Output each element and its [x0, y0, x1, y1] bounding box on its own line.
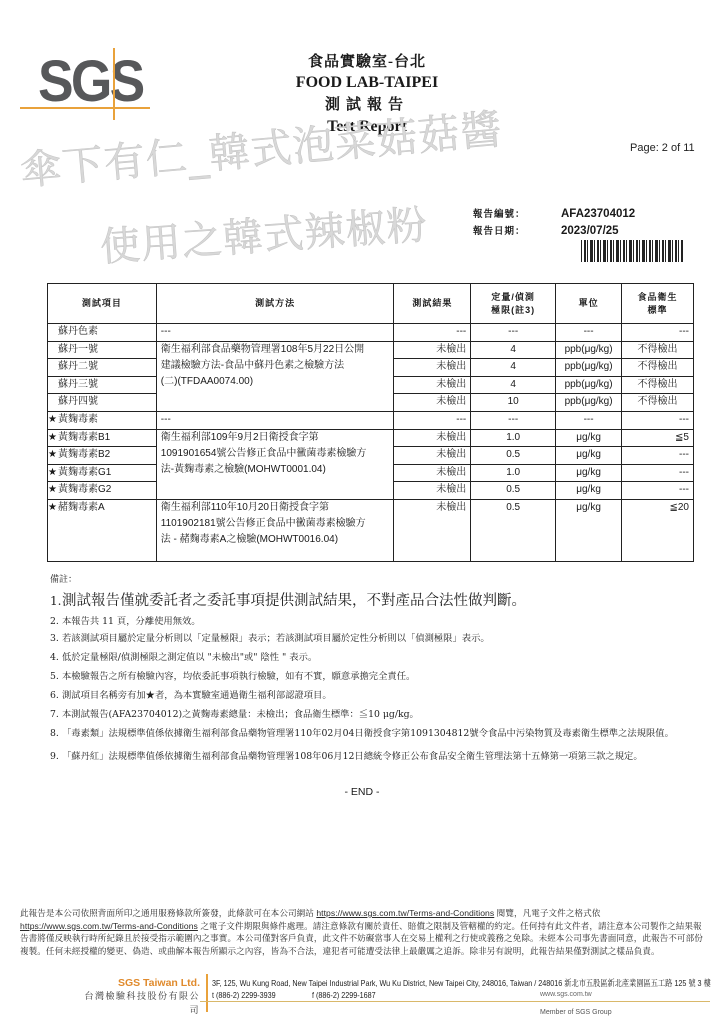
cell-item: 蘇丹三號 — [48, 376, 157, 394]
cell-limit: 4 — [471, 341, 556, 359]
terms-link-1[interactable]: https://www.sgs.com.tw/Terms-and-Conditi… — [316, 908, 494, 918]
cell-unit: μg/kg — [556, 499, 622, 561]
cell-unit: ppb(μg/kg) — [556, 394, 622, 412]
cell-limit: 0.5 — [471, 447, 556, 465]
cell-result: 未檢出 — [394, 464, 471, 482]
header-test-item: 測試項目 — [48, 284, 157, 324]
cell-limit: 0.5 — [471, 499, 556, 561]
cell-limit: 1.0 — [471, 429, 556, 447]
company-name-zh: 台灣檢驗科技股份有限公司 — [80, 990, 200, 1004]
cell-unit: μg/kg — [556, 482, 622, 500]
cell-result: 未檢出 — [394, 482, 471, 500]
company-name-en: SGS Taiwan Ltd. — [80, 976, 200, 990]
cell-unit: ppb(μg/kg) — [556, 376, 622, 394]
remark-item: 7.本測試報告(AFA23704012)之黃麴毒素總量：未檢出；食品衛生標準：≦… — [50, 706, 690, 723]
watermark-line-2: 使用之韓式辣椒粉 — [98, 193, 429, 273]
report-number-label: 報告編號： — [473, 206, 561, 223]
cell-method: 衛生福利部食品藥物管理署108年5月22日公開 建議檢驗方法-食品中蘇丹色素之檢… — [156, 341, 394, 411]
cell-item: ★黃麴毒素B1 — [48, 429, 157, 447]
cell-standard: 不得檢出 — [622, 359, 694, 377]
remark-item: 3.若該測試項目屬於定量分析則以「定量極限」表示；若該測試項目屬於定性分析則以「… — [50, 630, 690, 647]
table-header-row: 測試項目 測試方法 測試結果 定量/偵測 極限(註3) 單位 食品衛生 標準 — [48, 284, 694, 324]
cell-result: --- — [394, 411, 471, 429]
cell-standard: 不得檢出 — [622, 394, 694, 412]
footer-company: SGS Taiwan Ltd. 台灣檢驗科技股份有限公司 — [80, 976, 200, 1004]
cell-limit: 4 — [471, 359, 556, 377]
cell-standard: 不得檢出 — [622, 341, 694, 359]
cell-result: --- — [394, 324, 471, 342]
cell-item: ★黃麴毒素G2 — [48, 482, 157, 500]
logo-text: SGS — [38, 52, 142, 112]
remark-item: 2.本報告共 11 頁，分離使用無效。 — [50, 614, 690, 630]
cell-result: 未檢出 — [394, 376, 471, 394]
cell-item: 蘇丹二號 — [48, 359, 157, 377]
member-of-sgs-group: Member of SGS Group — [540, 1009, 612, 1016]
cell-unit: μg/kg — [556, 429, 622, 447]
end-marker: - END - — [0, 786, 724, 798]
remark-item: 5.本檢驗報告之所有檢驗內容，均依委託事項執行檢驗，如有不實，願意承擔完全責任。 — [50, 668, 690, 685]
table-row: ★黃麴毒素B1 衛生福利部109年9月2日衛授食字第 1091901654號公告… — [48, 429, 694, 447]
cell-method: 衛生福利部109年9月2日衛授食字第 1091901654號公告修正食品中黴菌毒… — [156, 429, 394, 499]
footer-divider-horizontal — [200, 1001, 710, 1002]
cell-unit: --- — [556, 324, 622, 342]
footer-disclaimer: 此報告是本公司依照背面所印之通用服務條款所簽發，此條款可在本公司網站 https… — [20, 907, 710, 957]
table-row: 蘇丹色素 --- --- --- --- --- — [48, 324, 694, 342]
barcode — [581, 240, 683, 262]
cell-standard: --- — [622, 324, 694, 342]
cell-limit: 1.0 — [471, 464, 556, 482]
terms-link-2[interactable]: https://www.sgs.com.tw/Terms-and-Conditi… — [20, 921, 198, 931]
cell-limit: 4 — [471, 376, 556, 394]
header-unit: 單位 — [556, 284, 622, 324]
remarks-section: 備註： 1.測試報告僅就委託者之委託事項提供測試結果，不對產品合法性做判斷。 2… — [50, 572, 690, 771]
header-standard: 食品衛生 標準 — [622, 284, 694, 324]
header-limit: 定量/偵測 極限(註3) — [471, 284, 556, 324]
table-row: 蘇丹一號 衛生福利部食品藥物管理署108年5月22日公開 建議檢驗方法-食品中蘇… — [48, 341, 694, 359]
company-fax: f (886-2) 2299-1687 — [312, 990, 376, 1000]
lab-name-en: FOOD LAB-TAIPEI — [240, 72, 494, 94]
report-date-value: 2023/07/25 — [561, 223, 619, 240]
cell-method: 衛生福利部110年10月20日衛授食字第 1101902181號公告修正食品中黴… — [156, 499, 394, 561]
sgs-logo: SGS — [34, 48, 134, 120]
report-date-label: 報告日期： — [473, 223, 561, 240]
remarks-title: 備註： — [50, 572, 690, 585]
cell-unit: μg/kg — [556, 464, 622, 482]
cell-result: 未檢出 — [394, 447, 471, 465]
company-phone: t (886-2) 2299-3939 — [212, 990, 276, 1000]
cell-standard: --- — [622, 482, 694, 500]
cell-item: ★黃麴毒素B2 — [48, 447, 157, 465]
cell-limit: --- — [471, 411, 556, 429]
cell-standard: --- — [622, 411, 694, 429]
cell-item: 蘇丹色素 — [48, 324, 157, 342]
cell-result: 未檢出 — [394, 394, 471, 412]
remark-item: 9.「蘇丹紅」法規標準值係依據衛生福利部食品藥物管理署108年06月12日總統令… — [50, 748, 690, 765]
page-number: Page: 2 of 11 — [630, 142, 695, 154]
table-row: ★赭麴毒素A 衛生福利部110年10月20日衛授食字第 1101902181號公… — [48, 499, 694, 561]
cell-standard: ≦20 — [622, 499, 694, 561]
cell-limit: 10 — [471, 394, 556, 412]
cell-standard: --- — [622, 464, 694, 482]
results-table: 測試項目 測試方法 測試結果 定量/偵測 極限(註3) 單位 食品衛生 標準 蘇… — [47, 283, 694, 562]
lab-name-zh: 食品實驗室-台北 — [240, 52, 494, 72]
logo-horizontal-line — [20, 107, 150, 109]
cell-method: --- — [156, 411, 394, 429]
remark-item: 8.「毒素類」法規標準值係依據衛生福利部食品藥物管理署110年02月04日衛授食… — [50, 725, 690, 742]
cell-limit: --- — [471, 324, 556, 342]
header-test-result: 測試結果 — [394, 284, 471, 324]
cell-item: 蘇丹一號 — [48, 341, 157, 359]
cell-standard: --- — [622, 447, 694, 465]
report-number-value: AFA23704012 — [561, 206, 635, 223]
cell-item: ★黃麴毒素 — [48, 411, 157, 429]
header-test-method: 測試方法 — [156, 284, 394, 324]
remark-item: 6.測試項目名稱旁有加★者，為本實驗室通過衛生福利部認證項目。 — [50, 687, 690, 704]
cell-method: --- — [156, 324, 394, 342]
company-website[interactable]: www.sgs.com.tw — [540, 991, 592, 998]
cell-limit: 0.5 — [471, 482, 556, 500]
cell-item: ★赭麴毒素A — [48, 499, 157, 561]
company-address: 3F, 125, Wu Kung Road, New Taipei Indust… — [212, 977, 711, 989]
logo-vertical-line — [113, 48, 115, 120]
report-info: 報告編號： AFA23704012 報告日期： 2023/07/25 — [473, 206, 635, 240]
cell-result: 未檢出 — [394, 429, 471, 447]
cell-result: 未檢出 — [394, 359, 471, 377]
remark-item: 1.測試報告僅就委託者之委託事項提供測試結果，不對產品合法性做判斷。 — [50, 591, 690, 611]
cell-unit: ppb(μg/kg) — [556, 341, 622, 359]
cell-item: ★黃麴毒素G1 — [48, 464, 157, 482]
cell-standard: ≦5 — [622, 429, 694, 447]
cell-unit: μg/kg — [556, 447, 622, 465]
cell-item: 蘇丹四號 — [48, 394, 157, 412]
cell-result: 未檢出 — [394, 499, 471, 561]
cell-standard: 不得檢出 — [622, 376, 694, 394]
footer-divider-vertical — [206, 974, 208, 1012]
cell-result: 未檢出 — [394, 341, 471, 359]
table-row: ★黃麴毒素 --- --- --- --- --- — [48, 411, 694, 429]
cell-unit: ppb(μg/kg) — [556, 359, 622, 377]
remark-item: 4.低於定量極限/偵測極限之測定值以 "未檢出"或" 陰性 " 表示。 — [50, 649, 690, 666]
cell-unit: --- — [556, 411, 622, 429]
